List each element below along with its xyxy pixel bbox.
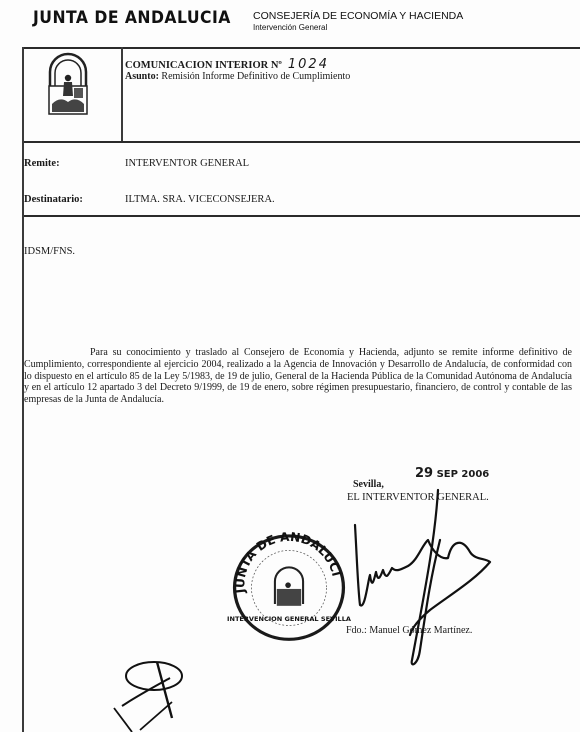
memo-subject: Asunto: Remisión Informe Definitivo de C… [125, 71, 350, 82]
recipient-value: ILTMA. SRA. VICECONSEJERA. [125, 194, 275, 205]
body-text: Para su conocimiento y traslado al Conse… [24, 347, 572, 405]
department-block: CONSEJERÍA DE ECONOMÍA Y HACIENDA Interv… [253, 10, 463, 32]
organization-name: JUNTA DE ANDALUCIA [33, 8, 231, 28]
subject-label: Asunto: [125, 71, 159, 82]
frame-header-divider [22, 141, 580, 143]
memo-heading: COMUNICACION INTERIOR Nº1024 [125, 57, 329, 72]
sub-department-name: Intervención General [253, 23, 463, 32]
signed-by-line: Fdo.: Manuel Gómez Martínez. [346, 625, 472, 636]
initials-signature-icon [112, 658, 212, 732]
recipient-label: Destinatario: [24, 194, 83, 205]
place-line: Sevilla, [353, 479, 384, 490]
sender-label: Remite: [24, 158, 60, 169]
frame-top-line [22, 47, 580, 49]
handwritten-signature-icon [300, 500, 500, 700]
memo-type-label: COMUNICACION INTERIOR Nº [125, 60, 282, 71]
date-day: 29 [415, 466, 433, 481]
sender-value: INTERVENTOR GENERAL [125, 158, 249, 169]
body-paragraph: Para su conocimiento y traslado al Conse… [24, 347, 572, 406]
subject-text: Remisión Informe Definitivo de Cumplimie… [161, 71, 350, 82]
frame-logo-divider [121, 47, 123, 141]
date-stamp: 29 SEP 2006 [415, 466, 489, 481]
department-name: CONSEJERÍA DE ECONOMÍA Y HACIENDA [253, 10, 463, 22]
date-month-year: SEP 2006 [437, 469, 490, 480]
memo-number: 1024 [288, 57, 329, 72]
junta-andalucia-coat-of-arms-icon [42, 52, 94, 118]
reference-code: IDSM/FNS. [24, 246, 75, 257]
frame-routing-divider [22, 215, 580, 217]
